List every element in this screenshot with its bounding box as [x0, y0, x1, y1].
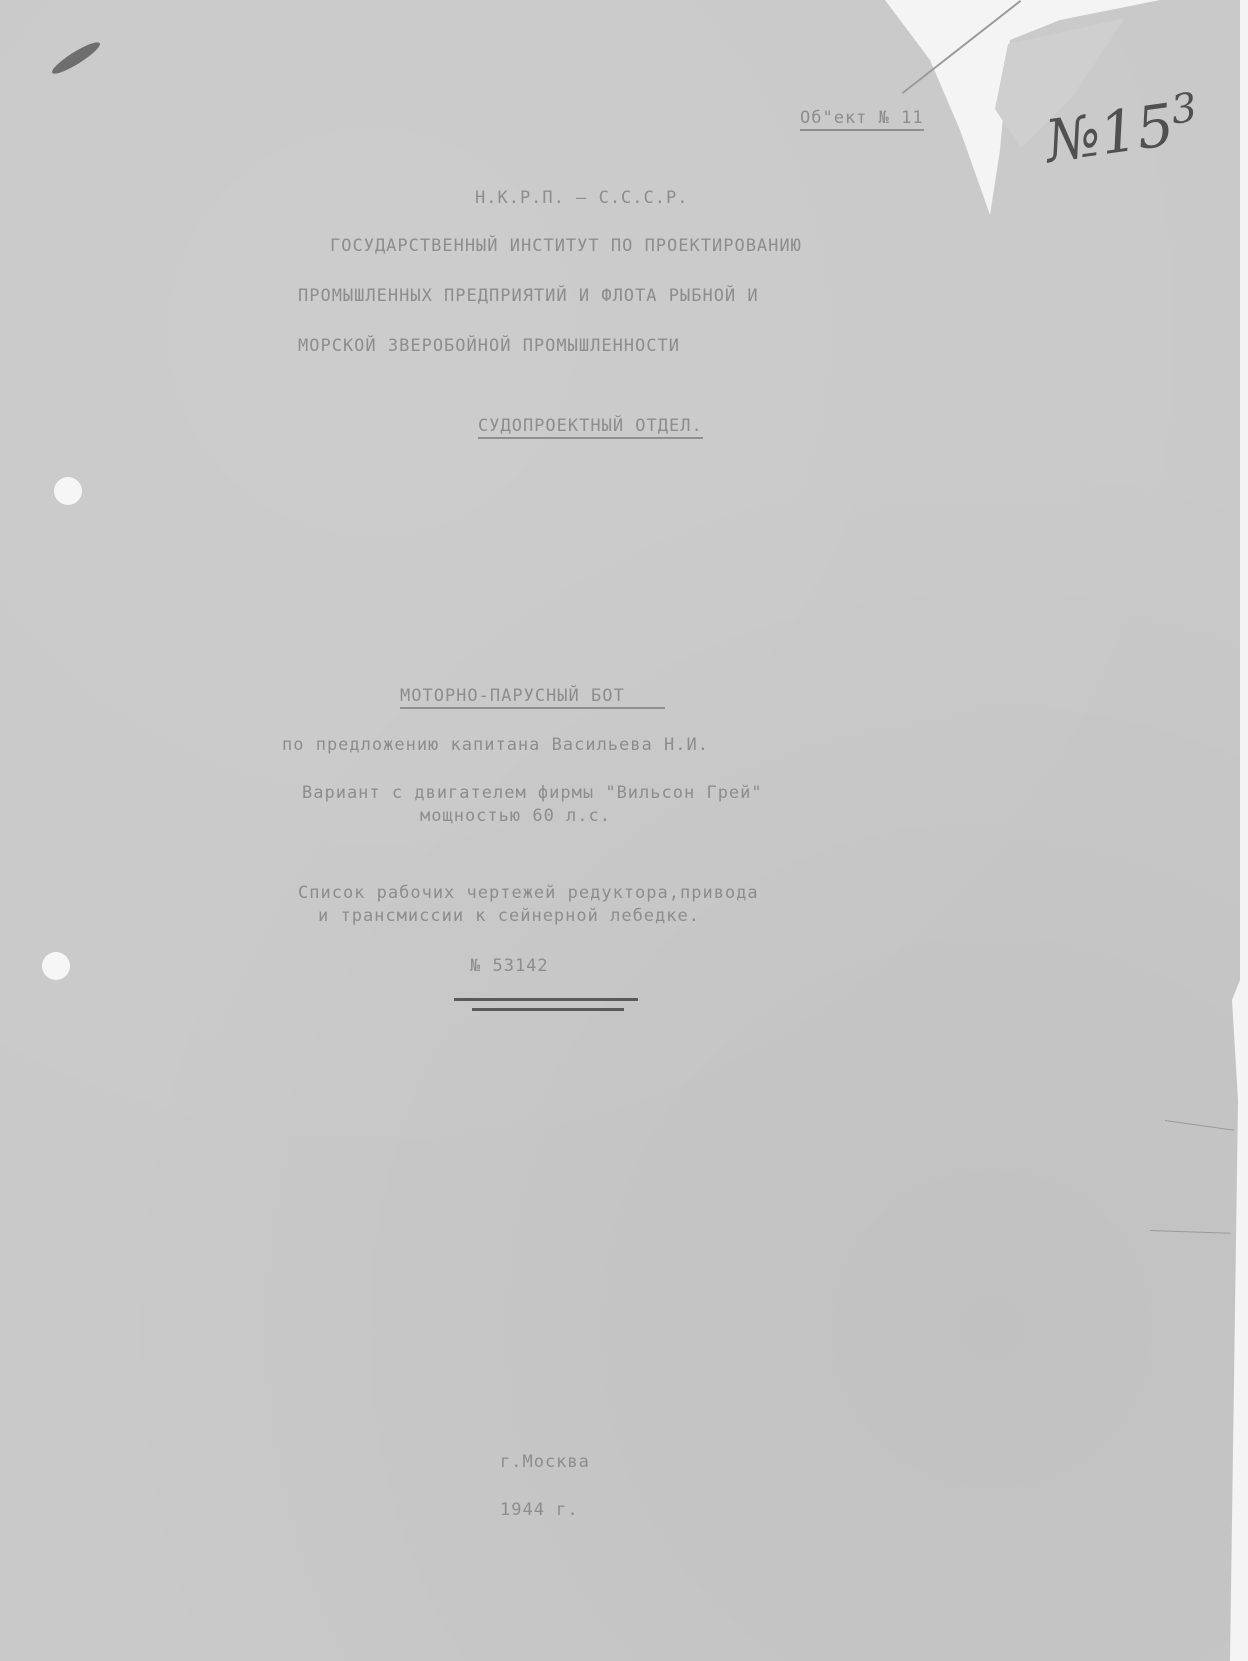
object-number-label: Об"ект № 11	[800, 110, 924, 131]
double-underline-bottom	[472, 1008, 624, 1011]
variant-line-2: мощностью 60 л.с.	[420, 808, 611, 825]
ministry-heading: Н.К.Р.П. – С.С.С.Р.	[475, 190, 688, 207]
institution-name-line-1: ГОСУДАРСТВЕННЫЙ ИНСТИТУТ ПО ПРОЕКТИРОВАН…	[330, 238, 802, 255]
department-heading: СУДОПРОЕКТНЫЙ ОТДЕЛ.	[478, 418, 703, 439]
project-title: МОТОРНО-ПАРУСНЫЙ БОТ	[400, 688, 665, 709]
punch-hole-top	[54, 477, 82, 505]
institution-name-line-3: МОРСКОЙ ЗВЕРОБОЙНОЙ ПРОМЫШЛЕННОСТИ	[298, 338, 680, 355]
variant-line-1: Вариант с двигателем фирмы "Вильсон Грей…	[302, 785, 763, 802]
year-line: 1944 г.	[500, 1502, 579, 1519]
double-underline-top	[454, 998, 638, 1001]
institution-name-line-2: ПРОМЫШЛЕННЫХ ПРЕДПРИЯТИЙ И ФЛОТА РЫБНОЙ …	[298, 288, 759, 305]
document-number: № 53142	[470, 958, 549, 975]
description-line-2: и трансмиссии к сейнерной лебедке.	[318, 908, 700, 925]
city-line: г.Москва	[500, 1454, 590, 1471]
punch-hole-bottom	[42, 952, 70, 980]
description-line-1: Список рабочих чертежей редуктора,привод…	[298, 885, 759, 902]
proposal-line: по предложению капитана Васильева Н.И.	[282, 737, 709, 754]
